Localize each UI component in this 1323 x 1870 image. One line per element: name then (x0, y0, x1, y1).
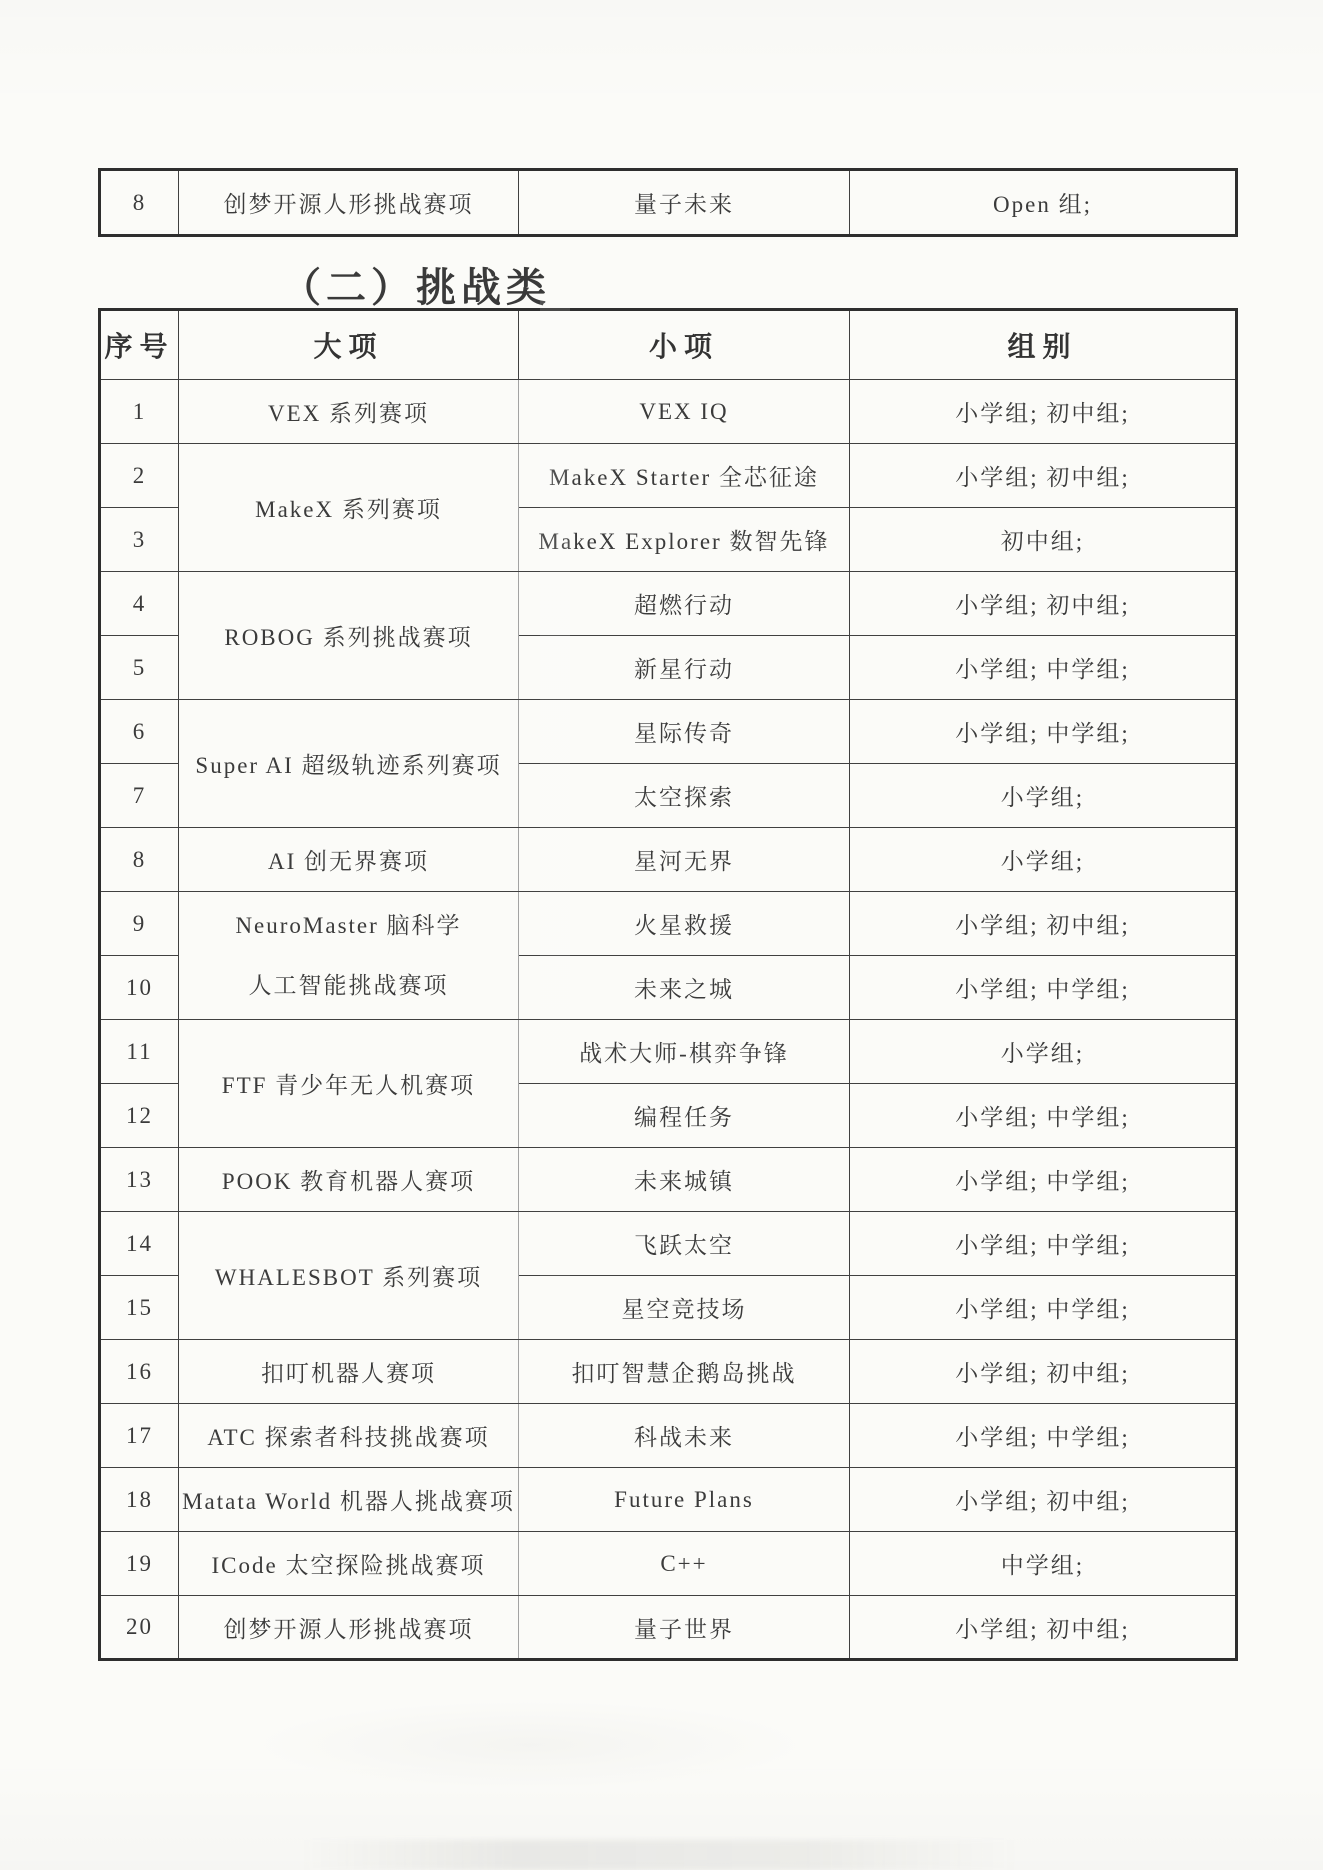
table-row: 1 VEX 系列赛项 VEX IQ 小学组; 初中组; (100, 380, 1237, 444)
minor-cell: 飞跃太空 (519, 1212, 850, 1276)
table-row: 8 AI 创无界赛项 星河无界 小学组; (100, 828, 1237, 892)
minor-cell: 未来城镇 (519, 1148, 850, 1212)
scan-smudge (300, 1840, 1020, 1870)
serial-cell: 16 (100, 1340, 179, 1404)
column-header-serial: 序号 (100, 310, 179, 380)
minor-cell: VEX IQ (519, 380, 850, 444)
serial-cell: 15 (100, 1276, 179, 1340)
minor-cell: 量子未来 (519, 170, 850, 236)
serial-cell: 19 (100, 1532, 179, 1596)
major-cell: NeuroMaster 脑科学 人工智能挑战赛项 (179, 892, 519, 1020)
table-row: 6 Super AI 超级轨迹系列赛项 星际传奇 小学组; 中学组; (100, 700, 1237, 764)
major-cell: Super AI 超级轨迹系列赛项 (179, 700, 519, 828)
table-row: 14 WHALESBOT 系列赛项 飞跃太空 小学组; 中学组; (100, 1212, 1237, 1276)
table-row: 2 MakeX 系列赛项 MakeX Starter 全芯征途 小学组; 初中组… (100, 444, 1237, 508)
major-cell: MakeX 系列赛项 (179, 444, 519, 572)
minor-cell: MakeX Explorer 数智先锋 (519, 508, 850, 572)
major-cell: ATC 探索者科技挑战赛项 (179, 1404, 519, 1468)
group-cell: 小学组; 初中组; (850, 380, 1237, 444)
serial-cell: 4 (100, 572, 179, 636)
minor-cell: 量子世界 (519, 1596, 850, 1660)
major-cell: Matata World 机器人挑战赛项 (179, 1468, 519, 1532)
major-cell: VEX 系列赛项 (179, 380, 519, 444)
table-row: 11 FTF 青少年无人机赛项 战术大师-棋弈争锋 小学组; (100, 1020, 1237, 1084)
table-row: 9 NeuroMaster 脑科学 人工智能挑战赛项 火星救援 小学组; 初中组… (100, 892, 1237, 956)
serial-cell: 8 (100, 170, 179, 236)
serial-cell: 9 (100, 892, 179, 956)
fragment-table: 8 创梦开源人形挑战赛项 量子未来 Open 组; (98, 168, 1238, 237)
group-cell: 小学组; (850, 828, 1237, 892)
major-cell: AI 创无界赛项 (179, 828, 519, 892)
group-cell: Open 组; (850, 170, 1237, 236)
major-cell: ROBOG 系列挑战赛项 (179, 572, 519, 700)
serial-cell: 17 (100, 1404, 179, 1468)
minor-cell: 星空竞技场 (519, 1276, 850, 1340)
serial-cell: 5 (100, 636, 179, 700)
minor-cell: 超燃行动 (519, 572, 850, 636)
group-cell: 小学组; 中学组; (850, 1404, 1237, 1468)
table-row: 8 创梦开源人形挑战赛项 量子未来 Open 组; (100, 170, 1237, 236)
scanned-page: 8 创梦开源人形挑战赛项 量子未来 Open 组; （二）挑战类 序号 大项 小… (0, 0, 1323, 1870)
group-cell: 小学组; (850, 764, 1237, 828)
minor-cell: 火星救援 (519, 892, 850, 956)
major-cell: POOK 教育机器人赛项 (179, 1148, 519, 1212)
minor-cell: 编程任务 (519, 1084, 850, 1148)
serial-cell: 7 (100, 764, 179, 828)
table-header-row: 序号 大项 小项 组别 (100, 310, 1237, 380)
table-row: 17 ATC 探索者科技挑战赛项 科战未来 小学组; 中学组; (100, 1404, 1237, 1468)
table-row: 16 扣叮机器人赛项 扣叮智慧企鹅岛挑战 小学组; 初中组; (100, 1340, 1237, 1404)
minor-cell: 星河无界 (519, 828, 850, 892)
group-cell: 小学组; 初中组; (850, 572, 1237, 636)
scan-smudge (250, 1700, 810, 1790)
challenge-table: 序号 大项 小项 组别 1 VEX 系列赛项 VEX IQ 小学组; 初中组; … (98, 308, 1238, 1661)
minor-cell: 科战未来 (519, 1404, 850, 1468)
major-cell: 创梦开源人形挑战赛项 (179, 1596, 519, 1660)
group-cell: 小学组; 中学组; (850, 956, 1237, 1020)
group-cell: 小学组; 中学组; (850, 1084, 1237, 1148)
group-cell: 小学组; (850, 1020, 1237, 1084)
minor-cell: Future Plans (519, 1468, 850, 1532)
serial-cell: 6 (100, 700, 179, 764)
table-row: 13 POOK 教育机器人赛项 未来城镇 小学组; 中学组; (100, 1148, 1237, 1212)
table-row: 20 创梦开源人形挑战赛项 量子世界 小学组; 初中组; (100, 1596, 1237, 1660)
major-cell: 扣叮机器人赛项 (179, 1340, 519, 1404)
group-cell: 初中组; (850, 508, 1237, 572)
group-cell: 小学组; 中学组; (850, 1212, 1237, 1276)
minor-cell: MakeX Starter 全芯征途 (519, 444, 850, 508)
minor-cell: 太空探索 (519, 764, 850, 828)
serial-cell: 10 (100, 956, 179, 1020)
serial-cell: 11 (100, 1020, 179, 1084)
column-header-minor: 小项 (519, 310, 850, 380)
column-header-group: 组别 (850, 310, 1237, 380)
group-cell: 小学组; 中学组; (850, 700, 1237, 764)
serial-cell: 12 (100, 1084, 179, 1148)
column-header-major: 大项 (179, 310, 519, 380)
serial-cell: 3 (100, 508, 179, 572)
serial-cell: 18 (100, 1468, 179, 1532)
group-cell: 小学组; 初中组; (850, 1468, 1237, 1532)
group-cell: 小学组; 中学组; (850, 636, 1237, 700)
minor-cell: C++ (519, 1532, 850, 1596)
serial-cell: 20 (100, 1596, 179, 1660)
group-cell: 小学组; 初中组; (850, 892, 1237, 956)
group-cell: 小学组; 中学组; (850, 1276, 1237, 1340)
minor-cell: 新星行动 (519, 636, 850, 700)
serial-cell: 8 (100, 828, 179, 892)
minor-cell: 扣叮智慧企鹅岛挑战 (519, 1340, 850, 1404)
major-cell: ICode 太空探险挑战赛项 (179, 1532, 519, 1596)
serial-cell: 2 (100, 444, 179, 508)
group-cell: 中学组; (850, 1532, 1237, 1596)
table-row: 18 Matata World 机器人挑战赛项 Future Plans 小学组… (100, 1468, 1237, 1532)
major-cell: WHALESBOT 系列赛项 (179, 1212, 519, 1340)
minor-cell: 星际传奇 (519, 700, 850, 764)
major-cell: 创梦开源人形挑战赛项 (179, 170, 519, 236)
group-cell: 小学组; 初中组; (850, 1340, 1237, 1404)
table-row: 4 ROBOG 系列挑战赛项 超燃行动 小学组; 初中组; (100, 572, 1237, 636)
group-cell: 小学组; 初中组; (850, 1596, 1237, 1660)
section-heading: （二）挑战类 (281, 256, 551, 313)
serial-cell: 13 (100, 1148, 179, 1212)
serial-cell: 1 (100, 380, 179, 444)
minor-cell: 战术大师-棋弈争锋 (519, 1020, 850, 1084)
group-cell: 小学组; 中学组; (850, 1148, 1237, 1212)
serial-cell: 14 (100, 1212, 179, 1276)
table-row: 19 ICode 太空探险挑战赛项 C++ 中学组; (100, 1532, 1237, 1596)
group-cell: 小学组; 初中组; (850, 444, 1237, 508)
minor-cell: 未来之城 (519, 956, 850, 1020)
major-cell: FTF 青少年无人机赛项 (179, 1020, 519, 1148)
